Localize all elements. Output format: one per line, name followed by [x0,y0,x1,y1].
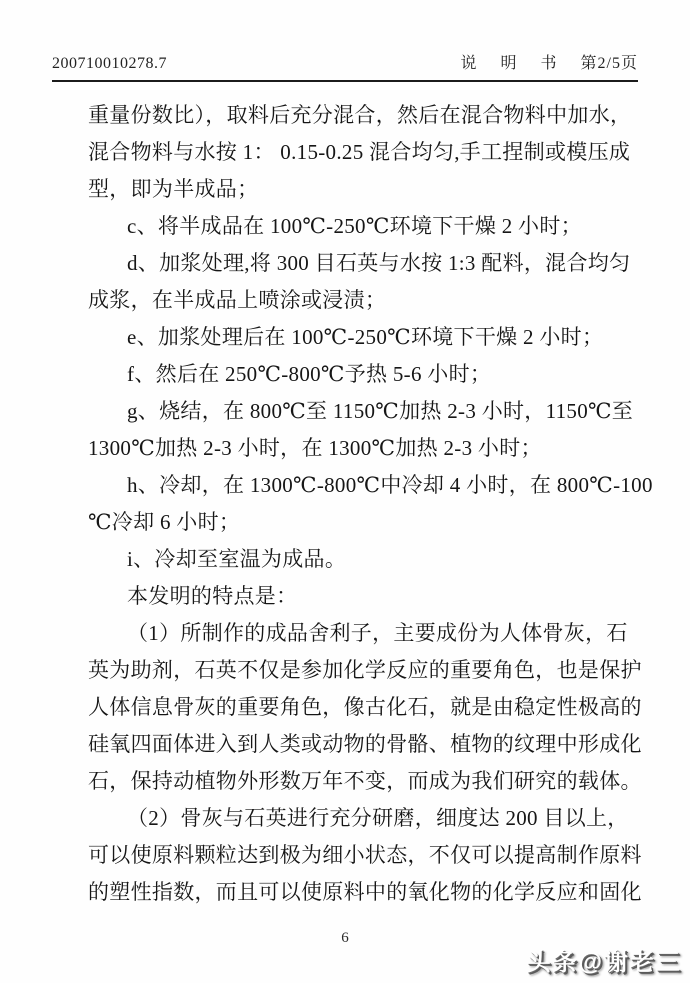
text-line: 的塑性指数，而且可以使原料中的氧化物的化学反应和固化 [88,874,618,911]
header-right-group: 说 明 书 第2/5页 [461,50,638,73]
text-line: 成浆，在半成品上喷涂或浸渍； [88,282,618,319]
text-line: 可以使原料颗粒达到极为细小状态，不仅可以提高制作原料 [88,837,618,874]
document-title: 说 明 书 [461,50,567,73]
text-line: 硅氧四面体进入到人类或动物的骨骼、植物的纹理中形成化 [88,726,618,763]
text-line: 人体信息骨灰的重要角色，像古化石，就是由稳定性极高的 [88,689,618,726]
text-line: （1）所制作的成品舍利子，主要成份为人体骨灰，石 [88,615,618,652]
watermark-badge: 头条@谢老三 [527,942,682,977]
header-divider-rule [52,80,638,82]
text-line: g、烧结，在 800℃至 1150℃加热 2-3 小时，1150℃至 [88,393,618,430]
text-line: 型，即为半成品； [88,171,618,208]
text-line: c、将半成品在 100℃-250℃环境下干燥 2 小时； [88,208,618,245]
body-lines: 重量份数比），取料后充分混合，然后在混合物料中加水，混合物料与水按 1： 0.1… [88,97,618,911]
text-line: e、加浆处理后在 100℃-250℃环境下干燥 2 小时； [88,319,618,356]
text-line: 石，保持动植物外形数万年不变，而成为我们研究的载体。 [88,763,618,800]
scanned-document-page: 200710010278.7 说 明 书 第2/5页 重量份数比），取料后充分混… [0,0,690,983]
page-indicator: 第2/5页 [581,50,638,73]
text-line: i、冷却至室温为成品。 [88,541,618,578]
text-line: ℃冷却 6 小时； [88,504,618,541]
page-header: 200710010278.7 说 明 书 第2/5页 [52,50,638,74]
text-line: 英为助剂，石英不仅是参加化学反应的重要角色，也是保护 [88,652,618,689]
text-line: 1300℃加热 2-3 小时，在 1300℃加热 2-3 小时； [88,430,618,467]
text-line: （2）骨灰与石英进行充分研磨，细度达 200 目以上， [88,800,618,837]
text-line: f、然后在 250℃-800℃予热 5-6 小时； [88,356,618,393]
text-line: h、冷却，在 1300℃-800℃中冷却 4 小时，在 800℃-100 [88,467,618,504]
text-line: d、加浆处理,将 300 目石英与水按 1:3 配料，混合均匀 [88,245,618,282]
text-line: 混合物料与水按 1： 0.15-0.25 混合均匀,手工捏制或模压成 [88,134,618,171]
text-line: 本发明的特点是： [88,578,618,615]
text-line: 重量份数比），取料后充分混合，然后在混合物料中加水， [88,97,618,134]
application-number: 200710010278.7 [52,55,167,73]
